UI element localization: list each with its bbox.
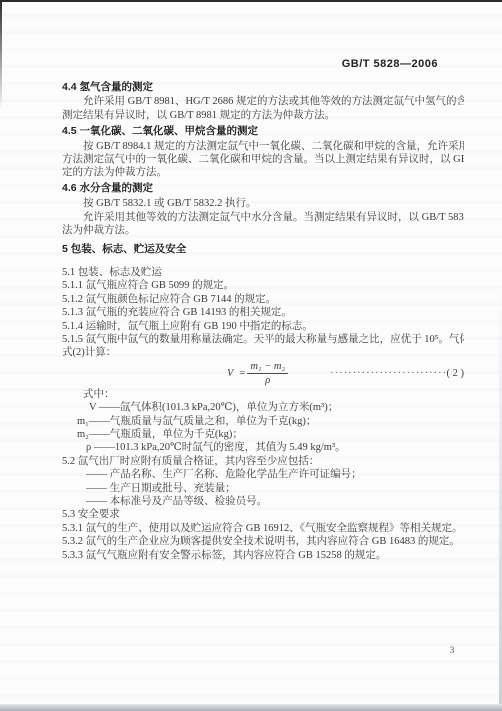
scan-edge-bottom	[0, 704, 502, 711]
clause-5-1-1: 5.1.1 氙气瓶应符合 GB 5099 的规定。	[62, 279, 464, 292]
equation-2: V = m₁ − m₂ ρ ··························…	[62, 362, 464, 386]
definition-m2: m₂——气瓶质量，单位为千克(kg)；	[62, 428, 464, 441]
clause-5-3-3: 5.3.3 氙气气瓶应附有安全警示标签，其内容应符合 GB 15258 的规定。	[62, 549, 464, 562]
heading-4-5: 4.5 一氧化碳、二氧化碳、甲烷含量的测定	[62, 125, 464, 138]
clause-5-1-3: 5.1.3 氙气瓶的充装应符合 GB 14193 的相关规定。	[62, 306, 464, 319]
fraction-numerator: m₁ − m₂	[247, 361, 288, 374]
clause-5-1-5-line2: 式(2)计算：	[62, 346, 464, 359]
scan-edge-top	[0, 0, 502, 2]
clause-5-1-2: 5.1.2 氙气瓶颜色标记应符合 GB 7144 的规定。	[62, 293, 464, 306]
scanned-standard-page: GB/T 5828—2006 4.4 氢气含量的测定 允许采用 GB/T 898…	[0, 0, 502, 711]
certificate-item: —— 本标准号及产品等级、检验员号。	[62, 495, 464, 508]
paragraph-line: 按 GB/T 8984.1 规定的方法测定氙气中一氧化碳、二氧化碳和甲烷的含量，…	[62, 140, 464, 153]
clause-5-3-2: 5.3.2 氙气的生产企业应为顾客提供安全技术说明书，其内容应符合 GB 164…	[62, 535, 464, 548]
fraction-denominator: ρ	[247, 374, 288, 386]
page-number: 3	[442, 646, 462, 656]
equation-lhs: V	[227, 367, 237, 380]
heading-5-3: 5.3 安全要求	[62, 508, 464, 521]
paragraph-line: 法为仲裁方法。	[62, 224, 464, 237]
standard-number-header: GB/T 5828—2006	[62, 58, 438, 70]
definition-m1: m₁——气瓶质量与氙气质量之和，单位为千克(kg)；	[62, 415, 464, 428]
where-label: 式中：	[62, 388, 464, 401]
paragraph-line: 方法测定氙气中的一氧化碳、二氧化碳和甲烷的含量。当以上测定结果有异议时，以 GB…	[62, 153, 464, 166]
heading-5: 5 包装、标志、贮运及安全	[62, 243, 464, 256]
clause-5-2: 5.2 氙气出厂时应附有质量合格证，其内容至少应包括：	[62, 455, 464, 468]
definition-V: V ——氙气体积(101.3 kPa,20℃)，单位为立方米(m³)；	[62, 401, 464, 414]
equation-number: ( 2 )	[445, 367, 465, 380]
paragraph-line: 允许采用 GB/T 8981、HG/T 2686 规定的方法或其他等效的方法测定…	[62, 95, 464, 108]
clause-5-3-1: 5.3.1 氙气的生产、使用以及贮运应符合 GB 16912、《气瓶安全监察规程…	[62, 522, 464, 535]
paragraph-line: 按 GB/T 5832.1 或 GB/T 5832.2 执行。	[62, 197, 464, 210]
paragraph-line: 允许采用其他等效的方法测定氙气中水分含量。当测定结果有异议时，以 GB/T 58…	[62, 211, 464, 224]
equation-equals: =	[237, 367, 247, 380]
certificate-item: —— 产品名称、生产厂名称、危险化学品生产许可证编号；	[62, 468, 464, 481]
scan-edge-left	[0, 0, 2, 110]
paragraph-line: 测定结果有异议时，以 GB/T 8981 规定的方法为仲裁方法。	[62, 109, 464, 122]
heading-5-1: 5.1 包装、标志及贮运	[62, 266, 464, 279]
equation-dot-leader: ········································…	[330, 367, 444, 380]
certificate-item: —— 生产日期或批号、充装量；	[62, 482, 464, 495]
clause-5-1-4: 5.1.4 运输时，氙气瓶上应附有 GB 190 中指定的标志。	[62, 320, 464, 333]
equation-fraction: m₁ − m₂ ρ	[247, 361, 288, 386]
heading-4-6: 4.6 水分含量的测定	[62, 182, 464, 195]
paragraph-line: 定的方法为仲裁方法。	[62, 166, 464, 179]
definition-rho: ρ ——101.3 kPa,20℃时氙气的密度，其值为 5.49 kg/m³。	[62, 441, 464, 454]
heading-4-4: 4.4 氢气含量的测定	[62, 81, 464, 94]
clause-5-1-5-line1: 5.1.5 氙气瓶中氙气的数量用称量法确定。天平的最大称量与感量之比，应优于 1…	[62, 333, 464, 346]
document-body: 4.4 氢气含量的测定 允许采用 GB/T 8981、HG/T 2686 规定的…	[62, 78, 464, 562]
